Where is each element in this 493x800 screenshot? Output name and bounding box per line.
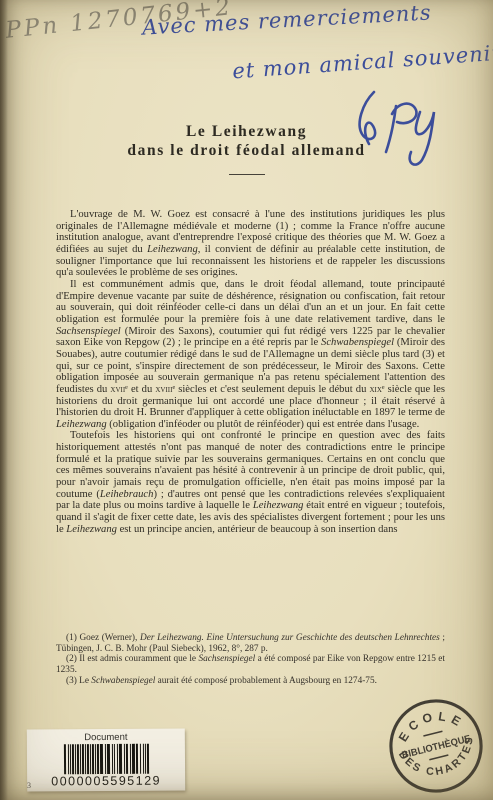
- barcode-bar: [123, 743, 124, 773]
- barcode-bar: [99, 744, 102, 774]
- stamp-divider-top: [423, 731, 442, 736]
- barcode-bar: [125, 743, 127, 773]
- text-run: Leihezwang: [253, 500, 304, 511]
- barcode-bar: [135, 743, 137, 773]
- barcode-bar: [96, 744, 98, 774]
- paragraph: L'ouvrage de M. W. Goez est consacré à l…: [56, 209, 445, 279]
- book-gutter-shadow: [0, 0, 8, 800]
- barcode-title: Document: [84, 732, 127, 743]
- text-run: aurait été composé probablement à Augsbo…: [155, 676, 377, 686]
- barcode-bar: [79, 744, 80, 774]
- footnote: (3) Le Schwabenspiegel aurait été compos…: [56, 676, 445, 687]
- barcode-bar: [84, 744, 85, 774]
- barcode-bar: [129, 743, 130, 773]
- barcode-bar: [71, 744, 73, 774]
- corner-mark: 3: [27, 781, 31, 790]
- barcode-bar: [118, 743, 121, 773]
- barcode-bar: [63, 744, 65, 774]
- text-run: Leihebrauch: [100, 489, 154, 500]
- barcode-bar: [142, 743, 143, 773]
- footnotes: (1) Goez (Werner), Der Leihezwang. Eine …: [56, 633, 445, 687]
- text-run: ᵉ et du: [125, 384, 155, 395]
- text-run: (obligation d'inféoder ou plutôt de réin…: [107, 419, 420, 430]
- text-run: (3) Le: [66, 676, 91, 686]
- text-run: xix: [369, 384, 381, 395]
- text-run: Leihezwang: [66, 524, 117, 535]
- text-run: ᵉ siècles et c'est seulement depuis le d…: [172, 384, 369, 395]
- text-run: Leihezwang: [147, 244, 198, 255]
- paragraph: Il est communément admis que, dans le dr…: [56, 279, 445, 431]
- barcode-bar: [89, 744, 90, 774]
- barcode-bar: [74, 744, 75, 774]
- text-run: Sachsenspiegel: [198, 654, 255, 664]
- barcode-number: 0000005595129: [51, 774, 161, 789]
- text-run: Leihezwang: [56, 419, 107, 430]
- footnote: (2) Il est admis couramment que le Sachs…: [56, 654, 445, 675]
- footnote: (1) Goez (Werner), Der Leihezwang. Eine …: [56, 633, 445, 654]
- barcode-bar: [111, 743, 112, 773]
- barcode-bar: [94, 744, 95, 774]
- text-run: Schwabenspiegel: [321, 337, 394, 348]
- barcode-bar: [146, 743, 148, 773]
- barcode-bar: [91, 744, 93, 774]
- signature: [340, 72, 460, 172]
- barcode-bar: [69, 744, 70, 774]
- text-run: Sachsenspiegel: [56, 326, 121, 337]
- barcode-bar: [76, 744, 78, 774]
- barcode-bar: [131, 743, 134, 773]
- body-text: L'ouvrage de M. W. Goez est consacré à l…: [56, 209, 445, 535]
- barcode-bar: [104, 744, 105, 774]
- barcode-bar: [139, 743, 140, 773]
- scanned-page: { "handwriting": { "shelfmark_pencil": "…: [0, 0, 493, 800]
- library-stamp: ECOLE BIBLIOTHÈQUE DES CHARTES: [377, 687, 493, 800]
- paragraph: Toutefois les historiens qui ont confron…: [56, 430, 445, 535]
- barcode-bar: [144, 743, 145, 773]
- barcode-bars: [63, 743, 148, 774]
- text-run: Der Leihezwang. Eine Untersuchung zur Ge…: [140, 633, 440, 643]
- barcode-bar: [86, 744, 88, 774]
- title-divider: [229, 174, 265, 175]
- text-run: xviii: [155, 384, 172, 395]
- barcode-bar: [81, 744, 83, 774]
- barcode-label: Document 0000005595129: [27, 728, 185, 791]
- stamp-divider-bottom: [429, 755, 448, 760]
- barcode-bar: [106, 743, 109, 773]
- barcode-bar: [116, 743, 117, 773]
- barcode-bar: [67, 744, 68, 774]
- barcode-bar: [113, 743, 114, 773]
- text-run: Schwabenspiegel: [91, 676, 155, 686]
- text-run: (1) Goez (Werner),: [66, 633, 140, 643]
- text-run: (2) Il est admis couramment que le: [66, 654, 198, 664]
- text-run: Il est communément admis que, dans le dr…: [56, 279, 445, 325]
- text-run: est un principe ancien, antérieur de bea…: [117, 524, 398, 535]
- text-run: xvii: [110, 384, 125, 395]
